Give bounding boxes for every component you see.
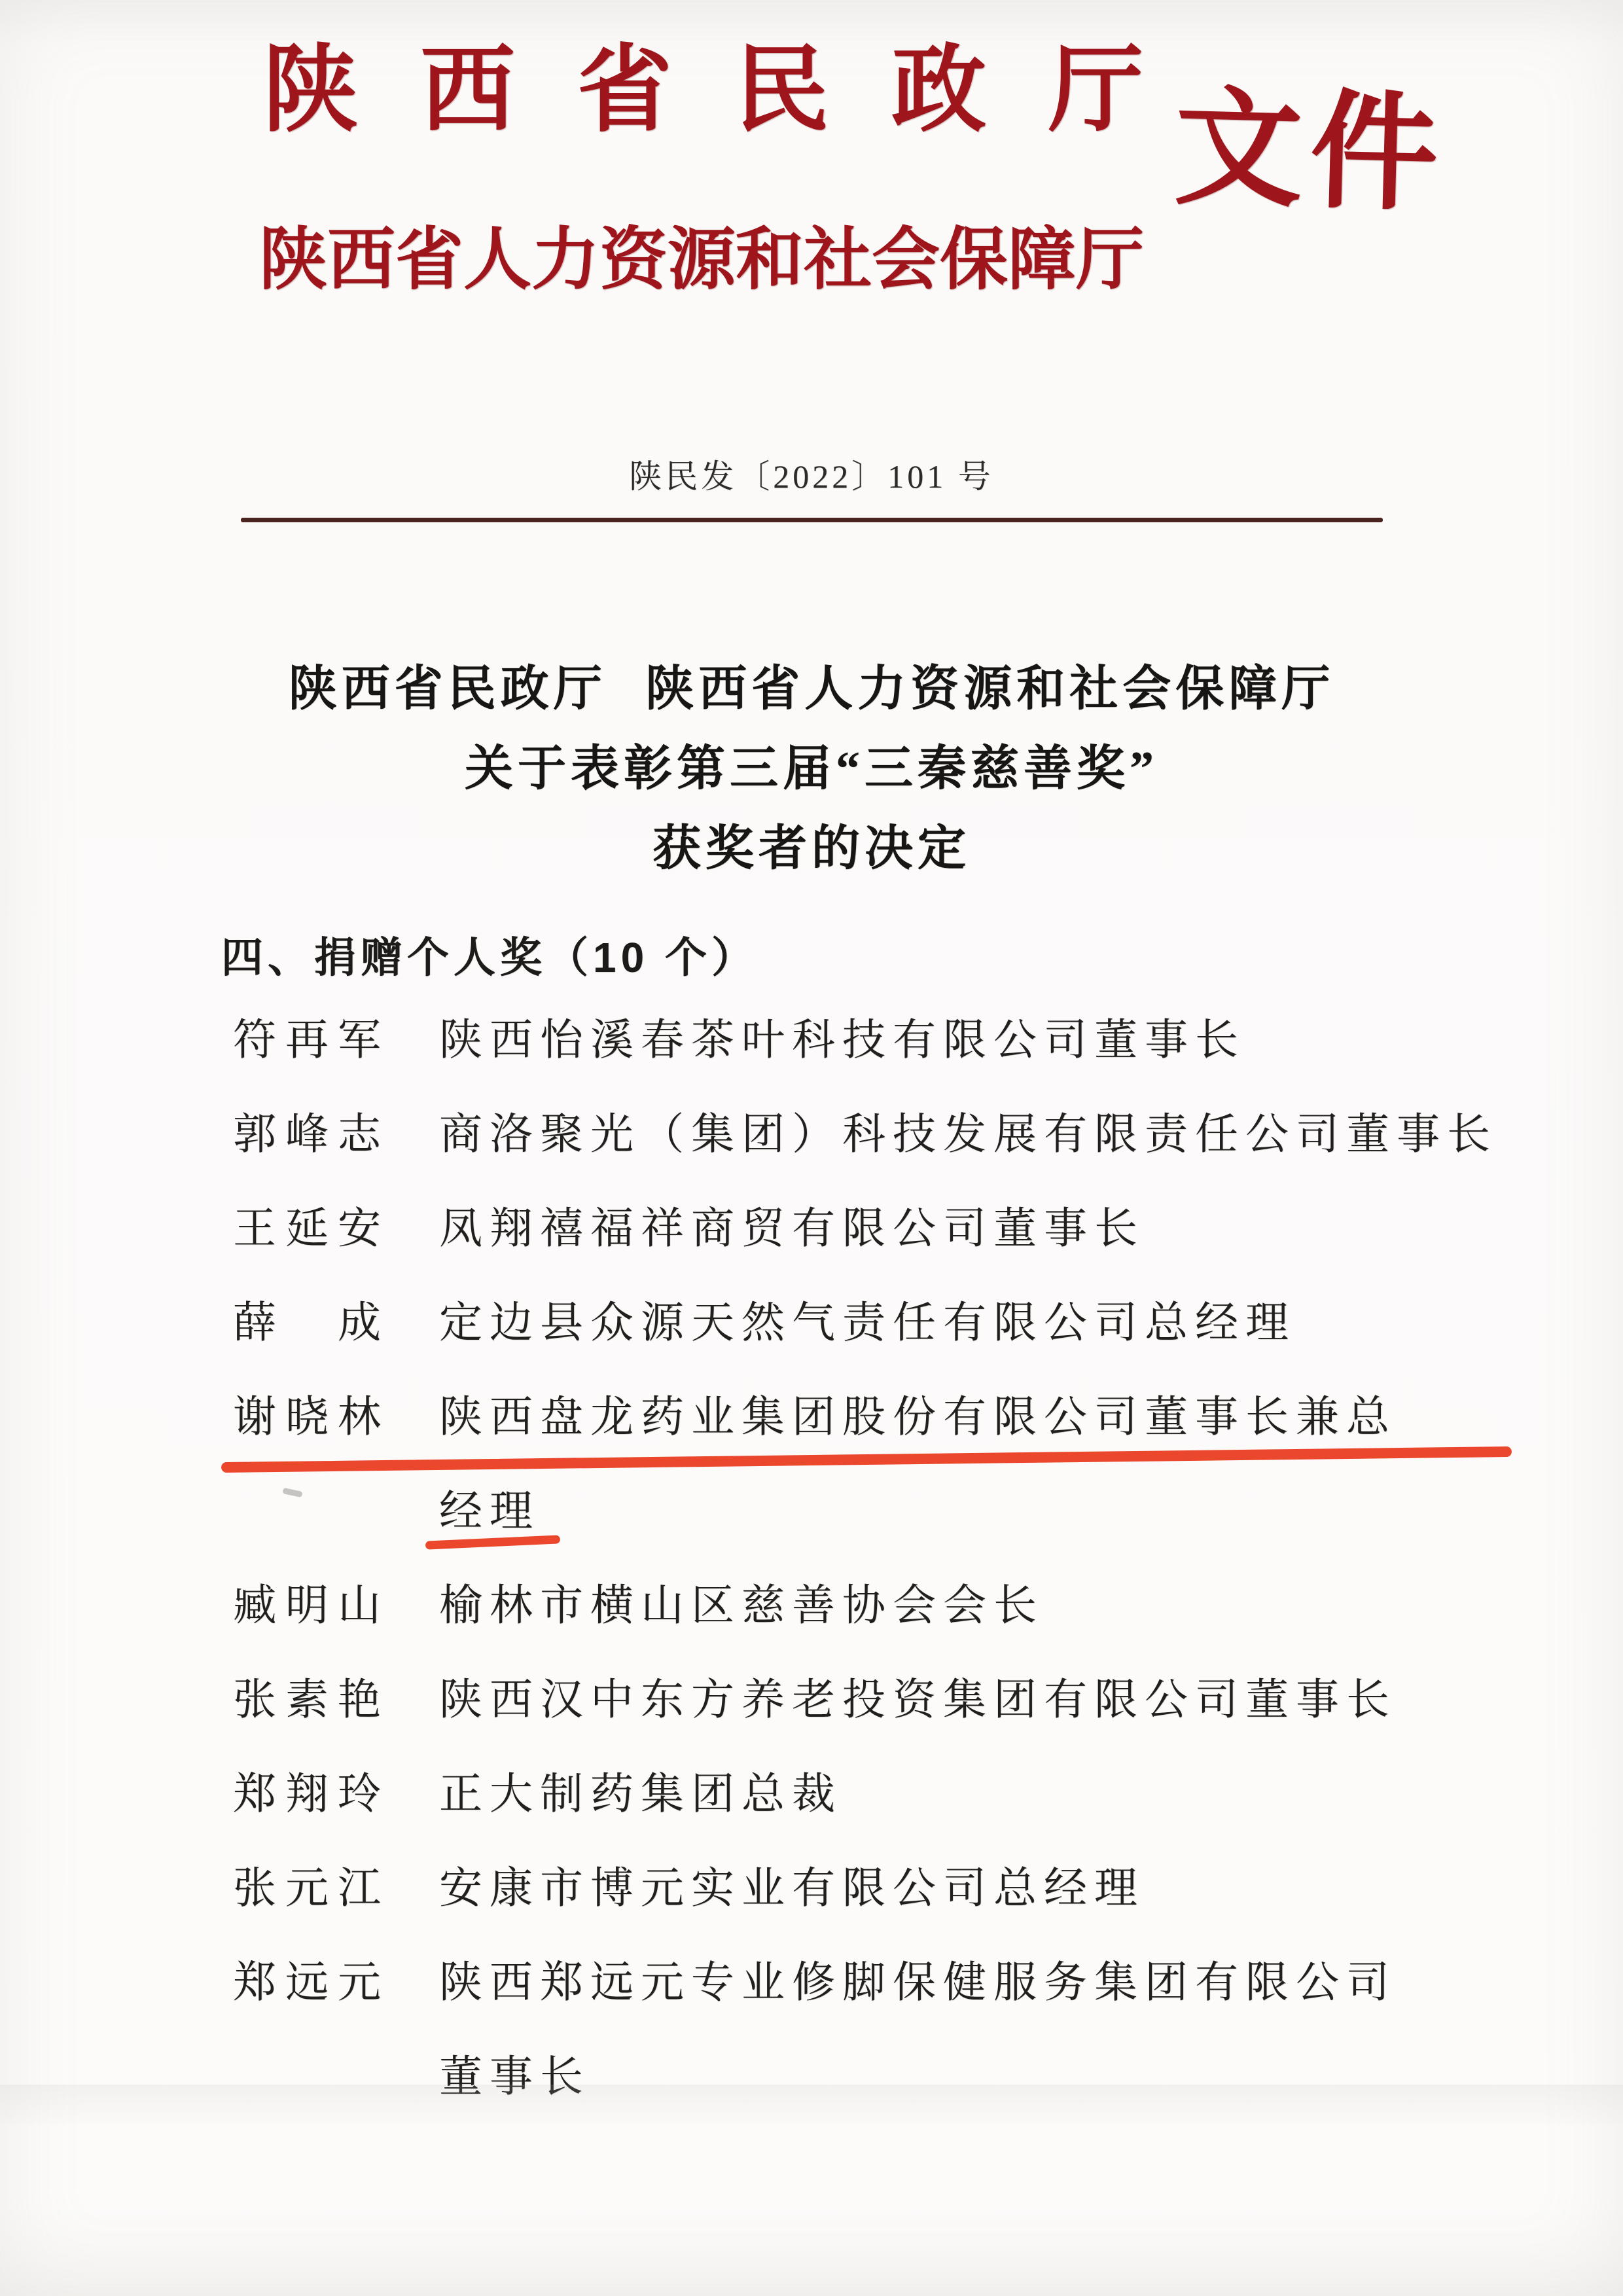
awardee-name: 符再军 <box>233 1005 439 1067</box>
awardee-row: 谢晓林陕西盘龙药业集团股份有限公司董事长兼总 <box>233 1365 1542 1460</box>
awardee-row: 王延安凤翔禧福祥商贸有限公司董事长 <box>233 1177 1542 1271</box>
section-heading: 四、捐赠个人奖（10 个） <box>221 924 758 984</box>
awardee-title: 安康市博元实业有限公司总经理 <box>439 1853 1145 1915</box>
awardee-name: 郭峰志 <box>233 1099 439 1161</box>
awardee-title: 陕西郑远元专业修脚保健服务集团有限公司 <box>439 1947 1397 2009</box>
awardee-title: 陕西汉中东方养老投资集团有限公司董事长 <box>439 1664 1397 1727</box>
letterhead-doc-type: 文件 <box>1173 67 1448 238</box>
awardee-name: 王延安 <box>233 1193 439 1255</box>
awardee-name: 薛 成 <box>233 1287 439 1350</box>
awardee-title: 经理 <box>439 1476 540 1538</box>
awardee-row: 张元江安康市博元实业有限公司总经理 <box>233 1837 1542 1931</box>
awardee-name: 臧明山 <box>233 1570 439 1632</box>
awardee-row: 郑翔玲正大制药集团总裁 <box>233 1742 1542 1837</box>
awardee-title: 定边县众源天然气责任有限公司总经理 <box>439 1287 1296 1350</box>
awardee-title: 陕西怡溪春茶叶科技有限公司董事长 <box>439 1005 1245 1067</box>
document-page: 陕西省民政厅 文件 陕西省人力资源和社会保障厅 陕民发〔2022〕101 号 陕… <box>0 0 1623 2296</box>
letterhead-separator-rule <box>241 518 1383 522</box>
awardee-title: 陕西盘龙药业集团股份有限公司董事长兼总 <box>439 1382 1397 1444</box>
scan-artifact-band <box>0 2085 1623 2125</box>
awardee-name: 谢晓林 <box>233 1382 439 1444</box>
awardee-title: 正大制药集团总裁 <box>439 1759 842 1821</box>
awardee-name: 张元江 <box>233 1853 439 1915</box>
awardee-title: 榆林市横山区慈善协会会长 <box>439 1570 1044 1632</box>
awardee-row: 郭峰志商洛聚光（集团）科技发展有限责任公司董事长 <box>233 1083 1542 1177</box>
awardee-row: 郑远元陕西郑远元专业修脚保健服务集团有限公司 <box>233 1931 1542 2025</box>
awardee-row-continuation: 经理 <box>233 1460 1542 1554</box>
letterhead-org-line1: 陕西省民政厅 <box>263 34 1205 149</box>
awardee-row: 臧明山榆林市横山区慈善协会会长 <box>233 1554 1542 1648</box>
awardee-name: 张素艳 <box>233 1664 439 1727</box>
decision-title-line2: 关于表彰第三届“三秦慈善奖” <box>0 730 1623 799</box>
awardee-row: 薛 成定边县众源天然气责任有限公司总经理 <box>233 1271 1542 1365</box>
awardee-list: 符再军陕西怡溪春茶叶科技有限公司董事长郭峰志商洛聚光（集团）科技发展有限责任公司… <box>233 988 1542 2119</box>
letterhead-org-line2: 陕西省人力资源和社会保障厅 <box>259 208 1144 313</box>
document-number: 陕民发〔2022〕101 号 <box>0 450 1623 497</box>
awardee-row: 张素艳陕西汉中东方养老投资集团有限公司董事长 <box>233 1648 1542 1742</box>
awardee-row: 符再军陕西怡溪春茶叶科技有限公司董事长 <box>233 988 1542 1083</box>
awardee-name: 郑远元 <box>233 1947 439 2009</box>
awardee-name: 郑翔玲 <box>233 1759 439 1821</box>
decision-title-line3: 获奖者的决定 <box>0 810 1623 879</box>
awardee-title: 商洛聚光（集团）科技发展有限责任公司董事长 <box>439 1099 1497 1161</box>
decision-title-line1: 陕西省民政厅 陕西省人力资源和社会保障厅 <box>0 650 1623 719</box>
awardee-title: 凤翔禧福祥商贸有限公司董事长 <box>439 1193 1145 1255</box>
